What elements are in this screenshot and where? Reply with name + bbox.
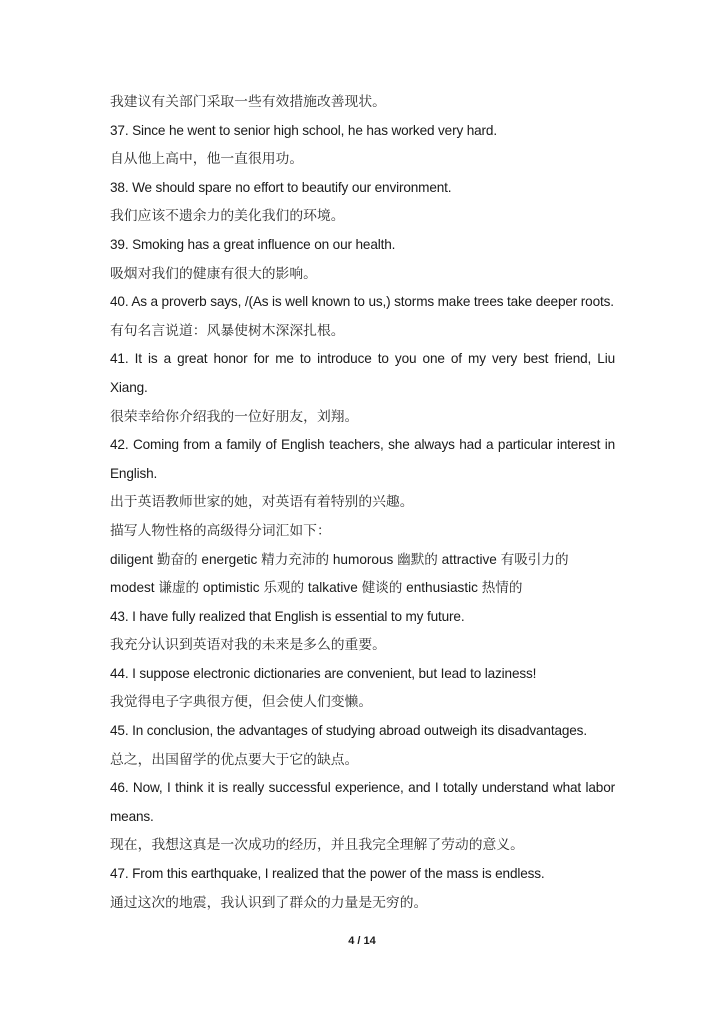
vocab-word: talkative: [308, 580, 358, 595]
vocab-word: energetic: [201, 552, 257, 567]
sentence-41-line-1: 41. It is a great honor for me to introd…: [110, 345, 615, 374]
vocab-meaning: 热情的: [482, 580, 523, 596]
chinese-translation-39: 吸烟对我们的健康有很大的影响。: [110, 260, 615, 289]
sentence-40: 40. As a proverb says, /(As is well know…: [110, 288, 615, 317]
vocab-meaning: 勤奋的: [157, 552, 198, 568]
sentence-45: 45. In conclusion, the advantages of stu…: [110, 717, 615, 746]
sentence-46-line-2: means.: [110, 803, 615, 832]
vocab-word: modest: [110, 580, 155, 595]
vocab-meaning: 谦虚的: [158, 580, 199, 596]
vocab-word: enthusiastic: [406, 580, 478, 595]
chinese-translation-38: 我们应该不遗余力的美化我们的环境。: [110, 202, 615, 231]
vocab-word: humorous: [333, 552, 393, 567]
sentence-42-line-1: 42. Coming from a family of English teac…: [110, 431, 615, 460]
vocab-word: attractive: [442, 552, 497, 567]
vocab-meaning: 精力充沛的: [261, 552, 329, 568]
chinese-translation-36: 我建议有关部门采取一些有效措施改善现状。: [110, 88, 615, 117]
chinese-translation-45: 总之，出国留学的优点要大于它的缺点。: [110, 746, 615, 775]
vocab-meaning: 有吸引力的: [501, 552, 569, 568]
sentence-39: 39. Smoking has a great influence on our…: [110, 231, 615, 260]
vocabulary-row-1: diligent 勤奋的 energetic 精力充沛的 humorous 幽默…: [110, 546, 615, 575]
sentence-42-line-2: English.: [110, 460, 615, 489]
chinese-translation-42: 出于英语教师世家的她，对英语有着特别的兴趣。: [110, 488, 615, 517]
vocab-meaning: 乐观的: [263, 580, 304, 596]
chinese-translation-43: 我充分认识到英语对我的未来是多么的重要。: [110, 631, 615, 660]
chinese-translation-44: 我觉得电子字典很方便，但会使人们变懒。: [110, 688, 615, 717]
vocabulary-row-2: modest 谦虚的 optimistic 乐观的 talkative 健谈的 …: [110, 574, 615, 603]
sentence-38: 38. We should spare no effort to beautif…: [110, 174, 615, 203]
chinese-translation-46: 现在，我想这真是一次成功的经历，并且我完全理解了劳动的意义。: [110, 831, 615, 860]
vocab-word: optimistic: [203, 580, 260, 595]
sentence-37: 37. Since he went to senior high school,…: [110, 117, 615, 146]
page-number: 4 / 14: [0, 935, 724, 947]
vocab-word: diligent: [110, 552, 153, 567]
chinese-translation-47: 通过这次的地震，我认识到了群众的力量是无穷的。: [110, 889, 615, 918]
vocabulary-heading: 描写人物性格的高级得分词汇如下：: [110, 517, 615, 546]
chinese-translation-41: 很荣幸给你介绍我的一位好朋友，刘翔。: [110, 403, 615, 432]
sentence-47: 47. From this earthquake, I realized tha…: [110, 860, 615, 889]
vocab-meaning: 健谈的: [362, 580, 403, 596]
document-page: 我建议有关部门采取一些有效措施改善现状。 37. Since he went t…: [110, 88, 615, 917]
sentence-44: 44. I suppose electronic dictionaries ar…: [110, 660, 615, 689]
sentence-41-line-2: Xiang.: [110, 374, 615, 403]
chinese-translation-37: 自从他上高中，他一直很用功。: [110, 145, 615, 174]
sentence-46-line-1: 46. Now, I think it is really successful…: [110, 774, 615, 803]
sentence-43: 43. I have fully realized that English i…: [110, 603, 615, 632]
chinese-translation-40: 有句名言说道：风暴使树木深深扎根。: [110, 317, 615, 346]
vocab-meaning: 幽默的: [397, 552, 438, 568]
